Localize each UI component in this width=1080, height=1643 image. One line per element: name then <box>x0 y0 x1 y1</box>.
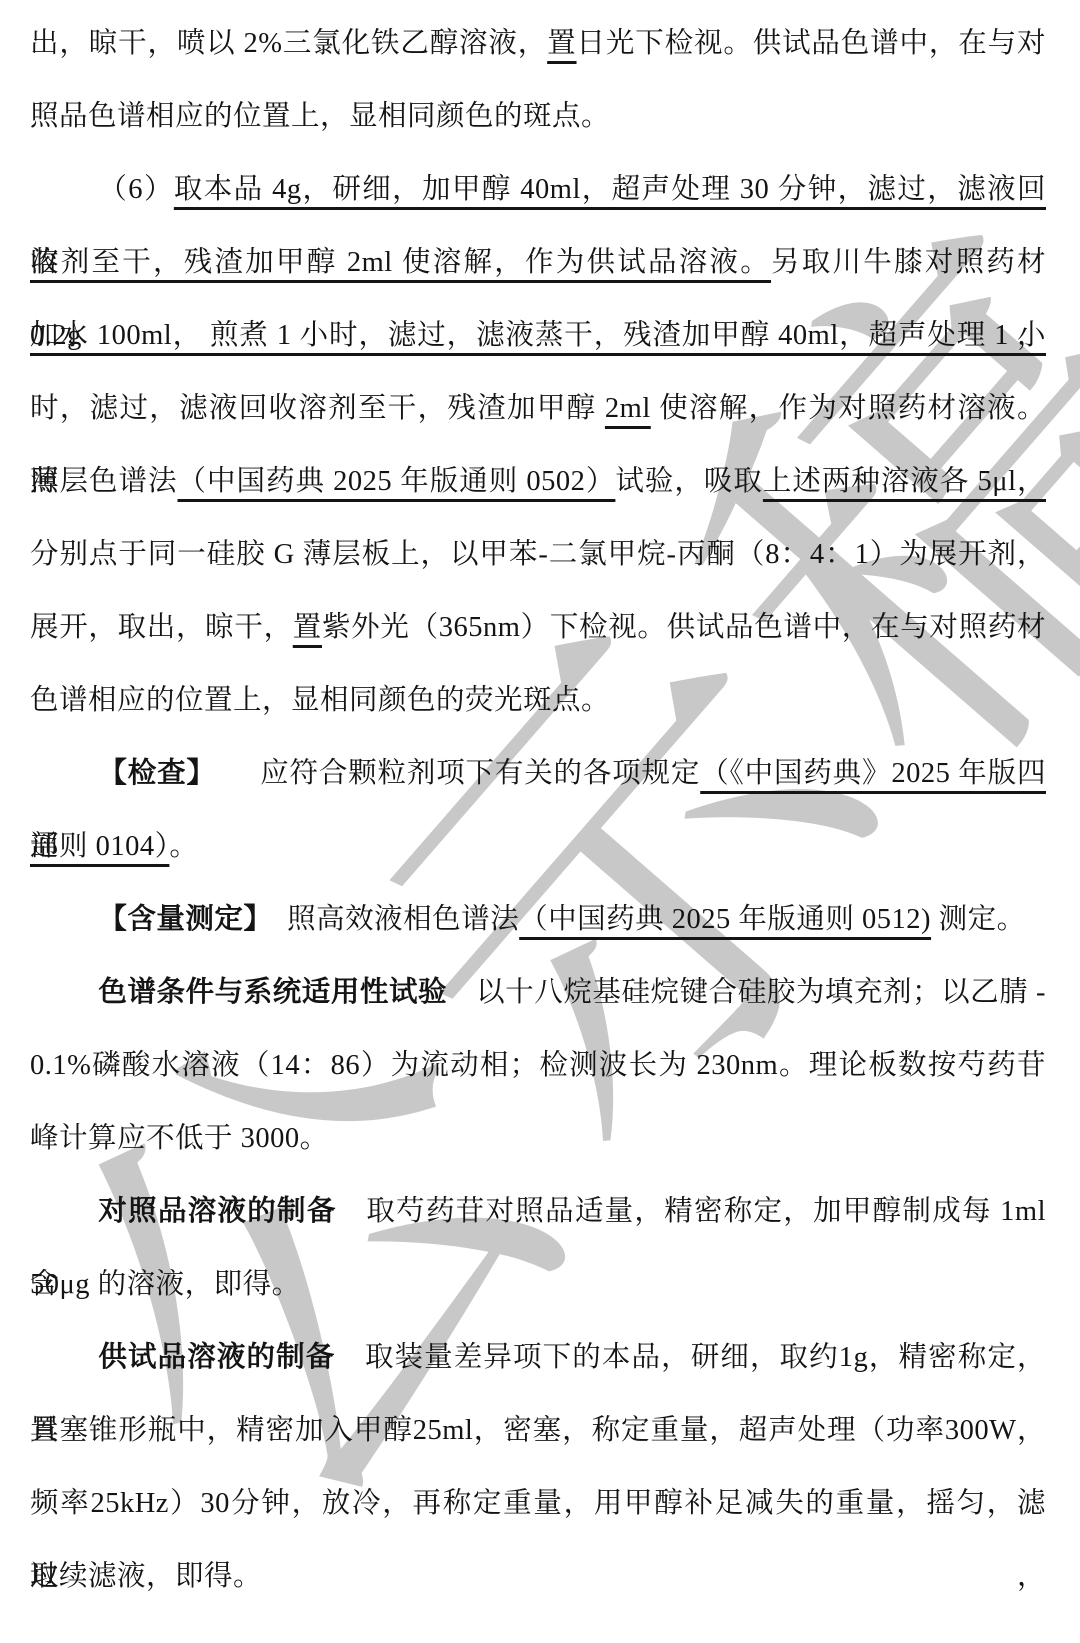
text-segment: 。 <box>169 831 198 862</box>
underlined-text: 通则 0104） <box>30 831 169 862</box>
section-header-text: 色谱条件与系统适用性试验 <box>98 977 447 1008</box>
text-line: 对照品溶液的制备 取芍药苷对照品适量，精密称定，加甲醇制成每 1ml 含 <box>30 1175 1046 1248</box>
text-segment: 照品色谱相应的位置上，显相同颜色的斑点。 <box>30 101 610 132</box>
text-segment: 测定。 <box>931 904 1026 935</box>
underlined-text: 上述两种溶液各 5μl， <box>763 466 1046 497</box>
text-line: 溶剂至干，残渣加甲醇 2ml 使溶解，作为供试品溶液。另取川牛膝对照药材 0.2… <box>30 226 1046 299</box>
text-line: 照品色谱相应的位置上，显相同颜色的斑点。 <box>30 80 1046 153</box>
text-segment: 加水 <box>30 320 97 351</box>
text-line: 峰计算应不低于 3000。 <box>30 1102 1046 1175</box>
underlined-text: 置 <box>293 612 322 643</box>
text-segment: 日光下检视。供试品色谱中，在与对 <box>577 28 1046 59</box>
text-line: 0.1%磷酸水溶液（14：86）为流动相；检测波长为 230nm。理论板数按芍药… <box>30 1029 1046 1102</box>
text-segment: 50μg 的溶液，即得。 <box>30 1269 301 1300</box>
text-segment: 紫外光（365nm）下检视。供试品色谱中，在与对照药材 <box>322 612 1046 643</box>
text-segment: 应符合颗粒剂项下有关的各项规定 <box>202 758 701 789</box>
text-segment: 展开，取出，晾干， <box>30 612 293 643</box>
text-line: 50μg 的溶液，即得。 <box>30 1248 1046 1321</box>
underlined-text: （中国药典 2025 年版通则 0512) <box>519 904 931 935</box>
text-segment: 具塞锥形瓶中，精密加入甲醇25ml，密塞，称定重量，超声处理（功率300W， <box>30 1415 1046 1446</box>
text-segment: 分别点于同一硅胶 G 薄层板上，以甲苯-二氯甲烷-丙酮（8：4：1）为展开剂， <box>30 539 1046 570</box>
text-segment: 取续滤液，即得。 <box>30 1561 262 1592</box>
underlined-text: 100ml， <box>97 320 202 351</box>
text-segment: 时，滤过，滤液回收溶剂至干，残渣加甲醇 <box>30 393 605 424</box>
text-line: 色谱相应的位置上，显相同颜色的荧光斑点。 <box>30 664 1046 737</box>
underlined-text: 溶剂至干，残渣加甲醇 2ml 使溶解，作为供试品溶液。 <box>30 247 771 278</box>
document-text: 出，晾干，喷以 2%三氯化铁乙醇溶液，置日光下检视。供试品色谱中，在与对照品色谱… <box>0 0 1080 1613</box>
text-line: 时，滤过，滤液回收溶剂至干，残渣加甲醇 2ml 使溶解，作为对照药材溶液。照 <box>30 372 1046 445</box>
section-header-text: 对照品溶液的制备 <box>98 1196 336 1227</box>
section-header-text: 供试品溶液的制备 <box>98 1342 335 1373</box>
underlined-text: 置 <box>547 28 576 59</box>
text-line: 【含量测定】 照高效液相色谱法（中国药典 2025 年版通则 0512) 测定。 <box>30 883 1046 956</box>
text-line: 分别点于同一硅胶 G 薄层板上，以甲苯-二氯甲烷-丙酮（8：4：1）为展开剂， <box>30 518 1046 591</box>
text-line: 通则 0104）。 <box>30 810 1046 883</box>
text-line: 展开，取出，晾干，置紫外光（365nm）下检视。供试品色谱中，在与对照药材 <box>30 591 1046 664</box>
text-line: 具塞锥形瓶中，精密加入甲醇25ml，密塞，称定重量，超声处理（功率300W， <box>30 1394 1046 1467</box>
section-header-text: 【含量测定】 <box>98 904 258 935</box>
underlined-text: （中国药典 2025 年版通则 0502） <box>178 466 616 497</box>
text-segment: （6） <box>98 174 173 205</box>
text-line: 色谱条件与系统适用性试验 以十八烷基硅烷键合硅胶为填充剂；以乙腈 - <box>30 956 1046 1029</box>
document-page: 公示稿 出，晾干，喷以 2%三氯化铁乙醇溶液，置日光下检视。供试品色谱中，在与对… <box>0 0 1080 1643</box>
text-segment: 煎煮 1 小时，滤过，滤液蒸干，残渣加甲醇 40ml，超声处理 1 小 <box>202 320 1046 351</box>
text-line: 频率25kHz）30分钟，放冷，再称定重量，用甲醇补足减失的重量，摇匀，滤过， <box>30 1467 1046 1540</box>
section-header-text: 【检查】 <box>98 758 201 789</box>
text-line: 加水 100ml， 煎煮 1 小时，滤过，滤液蒸干，残渣加甲醇 40ml，超声处… <box>30 299 1046 372</box>
text-line: 出，晾干，喷以 2%三氯化铁乙醇溶液，置日光下检视。供试品色谱中，在与对 <box>30 7 1046 80</box>
text-segment: 以十八烷基硅烷键合硅胶为填充剂；以乙腈 - <box>447 977 1046 1008</box>
text-segment: 试验，吸取 <box>615 466 763 497</box>
text-segment: 出，晾干，喷以 2%三氯化铁乙醇溶液， <box>30 28 547 59</box>
text-line: 薄层色谱法（中国药典 2025 年版通则 0502）试验，吸取上述两种溶液各 5… <box>30 445 1046 518</box>
text-segment: 峰计算应不低于 3000。 <box>30 1123 329 1154</box>
text-segment: 另取川牛膝对照药材 <box>771 247 1046 278</box>
text-segment: 薄层色谱法 <box>30 466 178 497</box>
text-segment: 0.1%磷酸水溶液（14：86）为流动相；检测波长为 230nm。理论板数按芍药… <box>30 1050 1046 1081</box>
text-line: 【检查】 应符合颗粒剂项下有关的各项规定（《中国药典》2025 年版四部 <box>30 737 1046 810</box>
text-line: （6）取本品 4g，研细，加甲醇 40ml，超声处理 30 分钟，滤过，滤液回收 <box>30 153 1046 226</box>
text-segment: 照高效液相色谱法 <box>258 904 519 935</box>
underlined-text: 2ml <box>605 393 651 424</box>
text-line: 供试品溶液的制备 取装量差异项下的本品，研细，取约1g，精密称定，置 <box>30 1321 1046 1394</box>
text-segment: 色谱相应的位置上，显相同颜色的荧光斑点。 <box>30 685 610 716</box>
